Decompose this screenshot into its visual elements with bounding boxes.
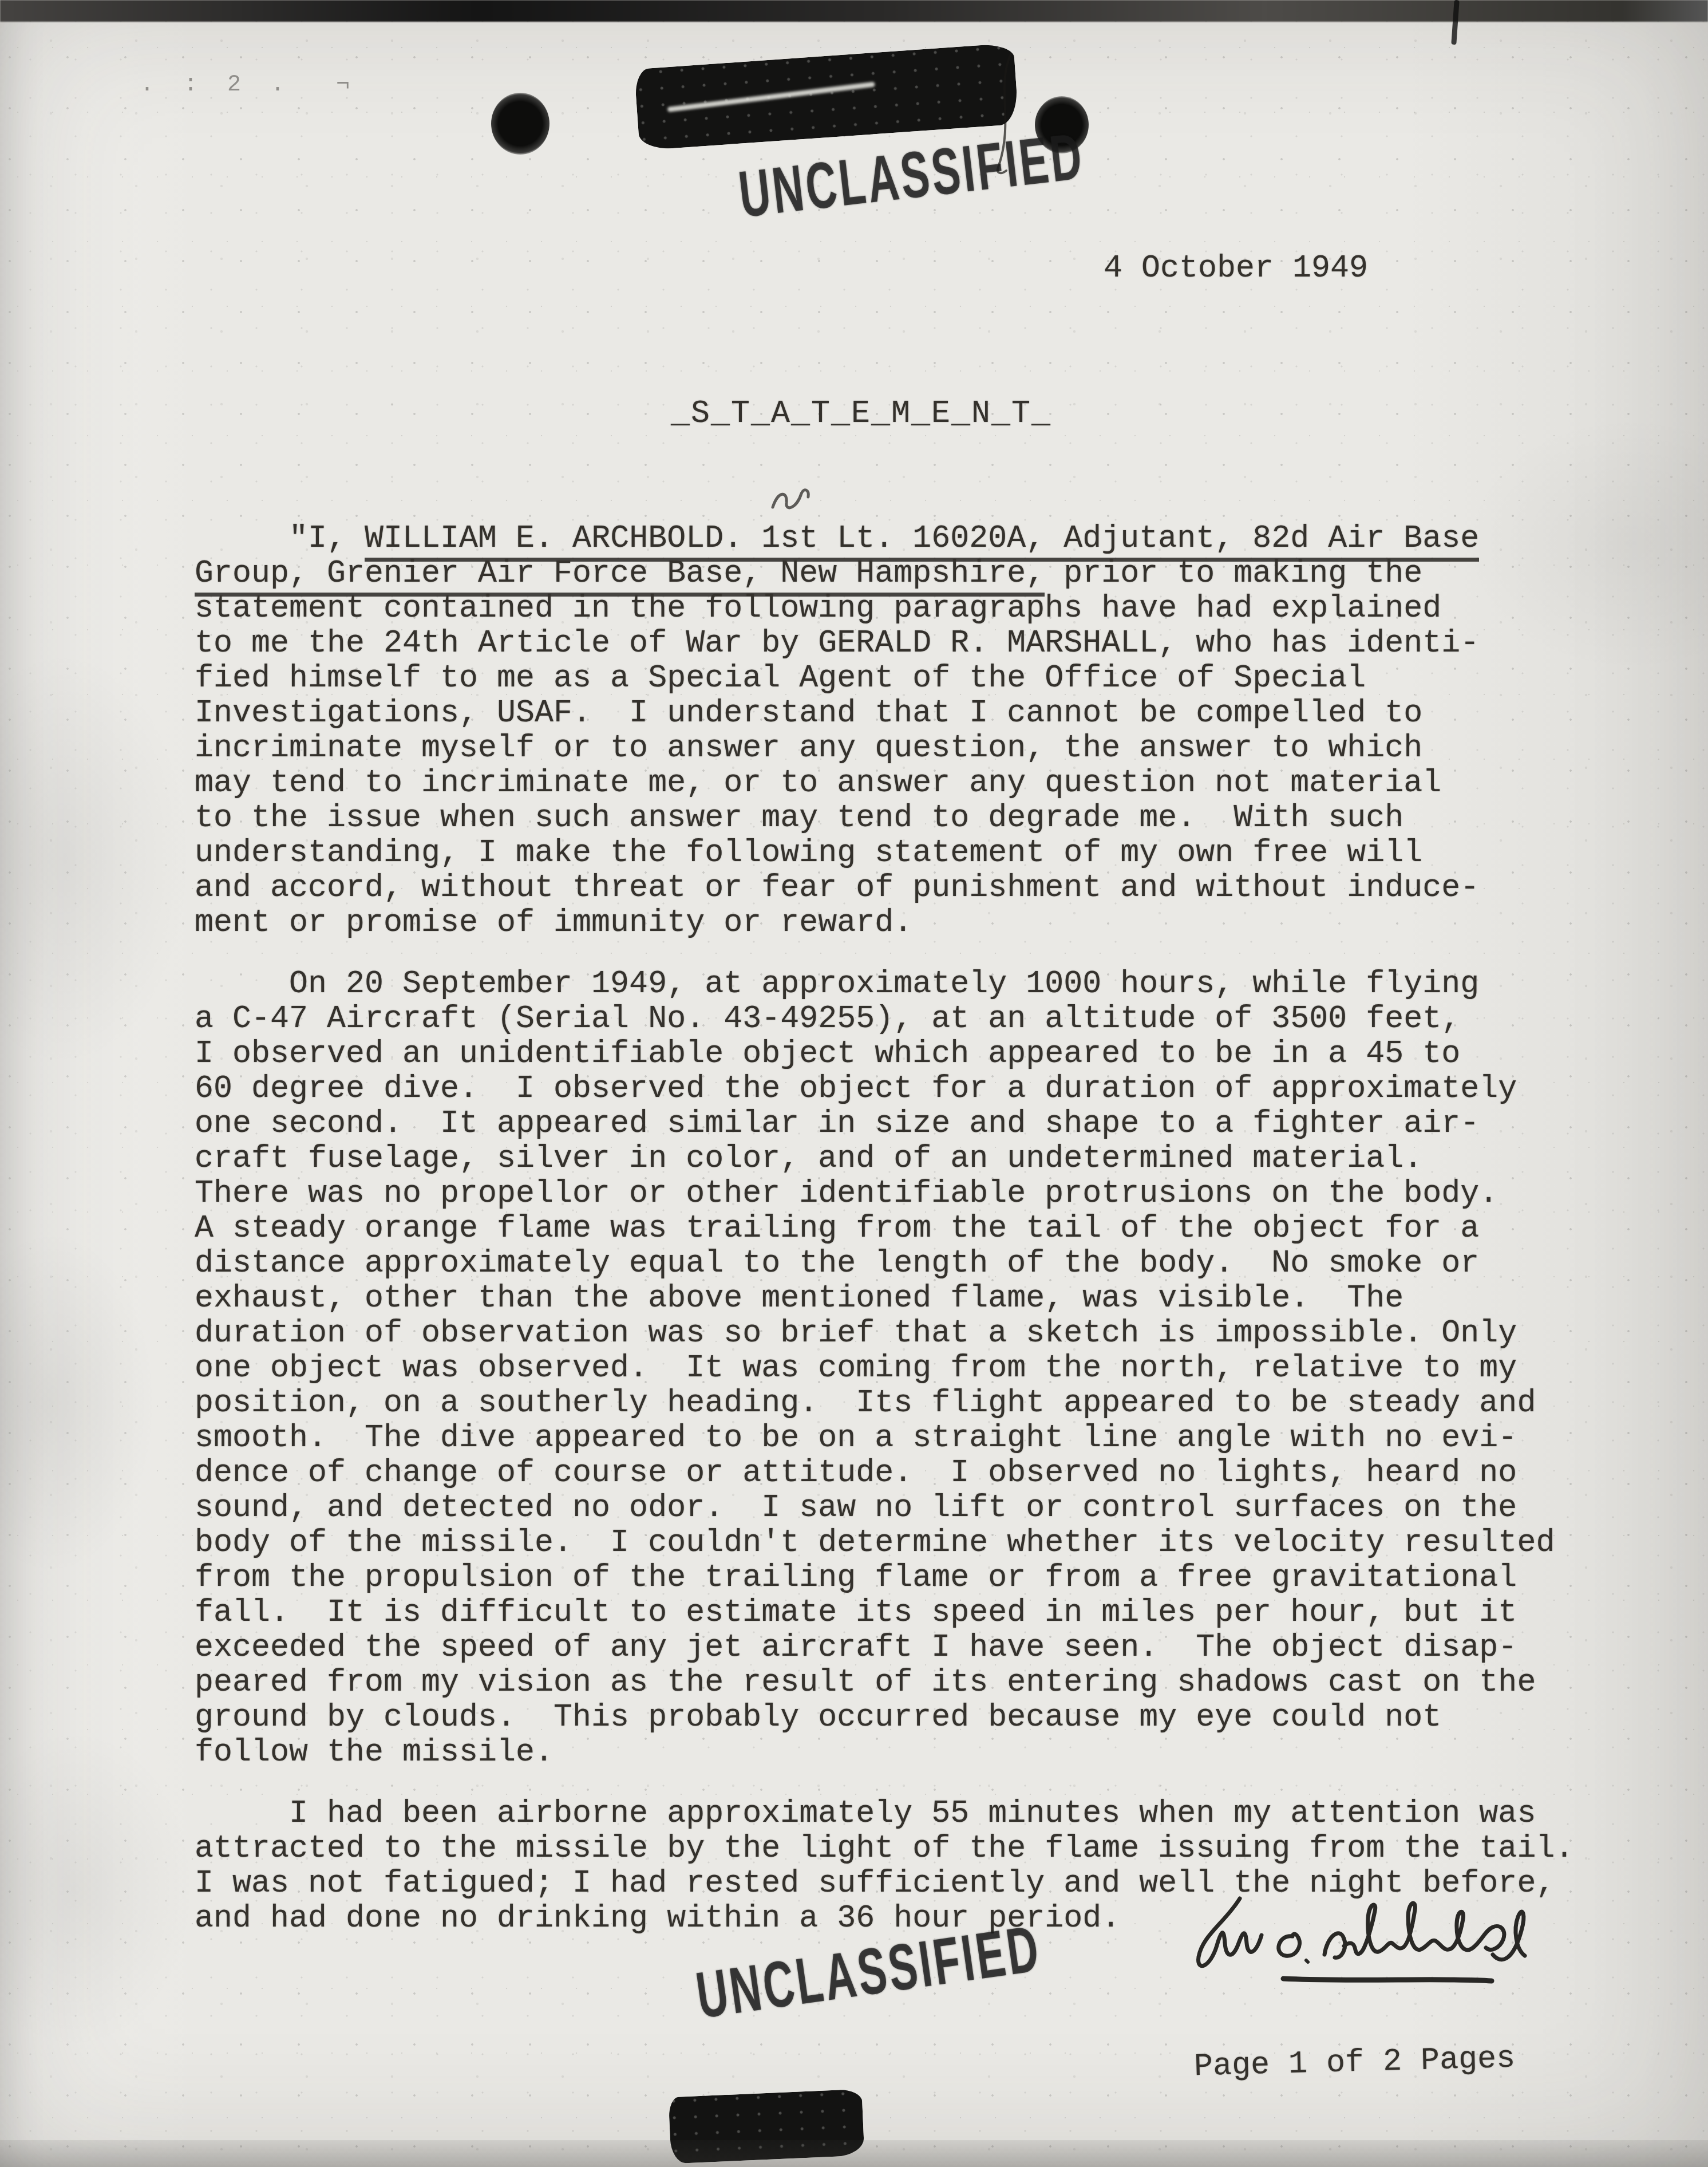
text-line: ground by clouds. This probably occurred… [195, 1700, 1573, 1735]
text-segment: ment or promise of immunity or reward. [195, 905, 912, 941]
text-line: "I, WILLIAM E. ARCHBOLD. 1st Lt. 16020A,… [195, 521, 1573, 556]
text-line: understanding, I make the following stat… [195, 835, 1573, 870]
text-line: exhaust, other than the above mentioned … [195, 1281, 1573, 1316]
text-line: position, on a southerly heading. Its fl… [195, 1386, 1573, 1420]
text-line: one object was observed. It was coming f… [195, 1351, 1573, 1386]
text-line: I observed an unidentifiable object whic… [195, 1036, 1573, 1071]
text-line: exceeded the speed of any jet aircraft I… [195, 1630, 1573, 1665]
text-line: There was no propellor or other identifi… [195, 1176, 1573, 1211]
page-number-label: Page 1 of 2 Pages [1193, 2041, 1515, 2085]
text-segment: peared from my vision as the result of i… [195, 1664, 1536, 1700]
handwritten-scribble [769, 484, 832, 516]
text-segment: exceeded the speed of any jet aircraft I… [195, 1629, 1517, 1665]
pencil-corner-marks: . : 2 . ¬ [140, 72, 358, 98]
text-segment: follow the missile. [195, 1734, 553, 1770]
text-line: from the propulsion of the trailing flam… [195, 1560, 1573, 1595]
statement-body: "I, WILLIAM E. ARCHBOLD. 1st Lt. 16020A,… [195, 521, 1573, 1962]
text-line: sound, and detected no odor. I saw no li… [195, 1490, 1573, 1525]
text-line: fied himself to me as a Special Agent of… [195, 661, 1573, 696]
text-line: fall. It is difficult to estimate its sp… [195, 1595, 1573, 1630]
text-segment: craft fuselage, silver in color, and of … [195, 1140, 1422, 1177]
statement-heading: _S_T_A_T_E_M_E_N_T_ [671, 396, 1051, 431]
scan-edge-band-top [0, 0, 1708, 22]
text-segment: may tend to incriminate me, or to answer… [195, 765, 1441, 801]
text-line: to the issue when such answer may tend t… [195, 800, 1573, 835]
text-segment: On 20 September 1949, at approximately 1… [195, 966, 1479, 1002]
text-segment: exhaust, other than the above mentioned … [195, 1280, 1403, 1316]
text-segment: one object was observed. It was coming f… [195, 1350, 1517, 1386]
text-line: Group, Grenier Air Force Base, New Hamps… [195, 556, 1573, 591]
text-segment: statement contained in the following par… [195, 590, 1441, 626]
signature [1171, 1890, 1549, 2011]
text-line: A steady orange flame was trailing from … [195, 1211, 1573, 1246]
text-segment: position, on a southerly heading. Its fl… [195, 1385, 1536, 1421]
text-line: may tend to incriminate me, or to answer… [195, 765, 1573, 800]
text-segment: I observed an unidentifiable object whic… [195, 1036, 1460, 1072]
text-segment: dence of change of course or attitude. I… [195, 1455, 1517, 1491]
text-segment: to the issue when such answer may tend t… [195, 800, 1403, 836]
text-segment: body of the missile. I couldn't determin… [195, 1525, 1555, 1561]
text-segment: a C-47 Aircraft (Serial No. 43-49255), a… [195, 1001, 1460, 1037]
text-segment: from the propulsion of the trailing flam… [195, 1560, 1517, 1596]
text-line: incriminate myself or to answer any ques… [195, 731, 1573, 765]
text-line: statement contained in the following par… [195, 591, 1573, 626]
text-segment: understanding, I make the following stat… [195, 835, 1422, 871]
text-line: peared from my vision as the result of i… [195, 1665, 1573, 1700]
text-segment: fied himself to me as a Special Agent of… [195, 660, 1366, 696]
text-line: duration of observation was so brief tha… [195, 1316, 1573, 1351]
text-segment: A steady orange flame was trailing from … [195, 1210, 1479, 1246]
text-line: distance approximately equal to the leng… [195, 1246, 1573, 1281]
text-segment: ground by clouds. This probably occurred… [195, 1699, 1441, 1735]
paragraph: On 20 September 1949, at approximately 1… [195, 966, 1573, 1770]
text-segment: There was no propellor or other identifi… [195, 1175, 1498, 1211]
text-line: ment or promise of immunity or reward. [195, 905, 1573, 940]
text-segment: sound, and detected no odor. I saw no li… [195, 1490, 1517, 1526]
text-segment: "I, [195, 520, 365, 556]
text-line: smooth. The dive appeared to be on a str… [195, 1420, 1573, 1455]
text-segment: attracted to the missile by the light of… [195, 1830, 1573, 1866]
text-line: craft fuselage, silver in color, and of … [195, 1141, 1573, 1176]
text-segment: smooth. The dive appeared to be on a str… [195, 1420, 1517, 1456]
text-segment: and accord, without threat or fear of pu… [195, 870, 1479, 906]
text-segment: one second. It appeared similar in size … [195, 1106, 1479, 1142]
text-line: dence of change of course or attitude. I… [195, 1455, 1573, 1490]
text-segment: to me the 24th Article of War by GERALD … [195, 625, 1479, 661]
text-segment: distance approximately equal to the leng… [195, 1245, 1479, 1281]
text-line: a C-47 Aircraft (Serial No. 43-49255), a… [195, 1001, 1573, 1036]
document-date: 4 October 1949 [1104, 251, 1368, 286]
text-segment: duration of observation was so brief tha… [195, 1315, 1517, 1351]
text-segment: I had been airborne approximately 55 min… [195, 1795, 1536, 1832]
text-line: I had been airborne approximately 55 min… [195, 1796, 1573, 1831]
text-segment: incriminate myself or to answer any ques… [195, 730, 1422, 766]
text-segment: prior to making the [1045, 555, 1422, 591]
text-line: and accord, without threat or fear of pu… [195, 870, 1573, 905]
text-segment: Investigations, USAF. I understand that … [195, 695, 1422, 731]
paragraph: "I, WILLIAM E. ARCHBOLD. 1st Lt. 16020A,… [195, 521, 1573, 940]
text-line: body of the missile. I couldn't determin… [195, 1525, 1573, 1560]
scan-edge-band-bottom [0, 2140, 1708, 2167]
text-segment: fall. It is difficult to estimate its sp… [195, 1594, 1517, 1631]
text-line: 60 degree dive. I observed the object fo… [195, 1071, 1573, 1106]
text-line: follow the missile. [195, 1735, 1573, 1770]
text-segment: 60 degree dive. I observed the object fo… [195, 1071, 1517, 1107]
text-line: to me the 24th Article of War by GERALD … [195, 626, 1573, 661]
document-page: . : 2 . ¬ UNCLASSIFIED 4 October 1949 _S… [0, 0, 1708, 2167]
text-line: one second. It appeared similar in size … [195, 1106, 1573, 1141]
text-line: On 20 September 1949, at approximately 1… [195, 966, 1573, 1001]
hole-punch-left [491, 93, 549, 155]
text-line: Investigations, USAF. I understand that … [195, 696, 1573, 731]
text-line: attracted to the missile by the light of… [195, 1831, 1573, 1866]
